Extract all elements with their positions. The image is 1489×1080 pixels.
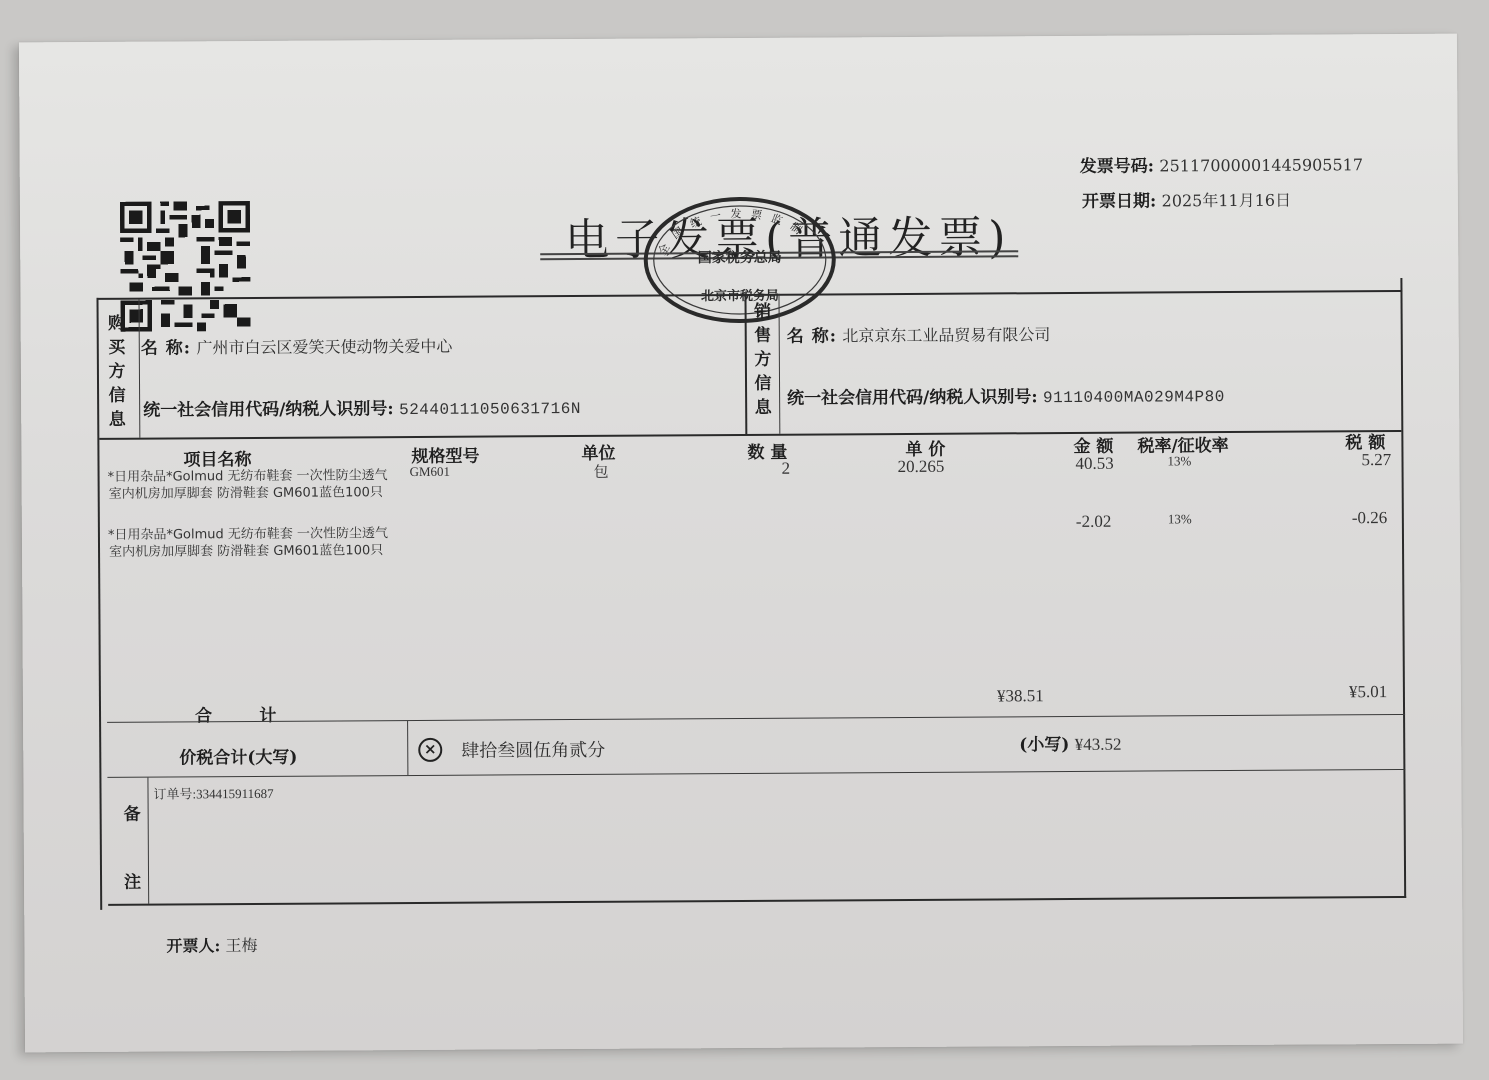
remarks-top-divider: [107, 769, 1405, 778]
item-qty: 2: [781, 459, 790, 479]
item-name-line2: 室内机房加厚脚套 防滑鞋套 GM601蓝色100只: [109, 539, 383, 560]
stamp-line1: 国家税务总局: [698, 249, 782, 267]
grand-total-lowercase: ¥43.52: [1075, 735, 1122, 754]
buyer-tax-id: 52440111050631716N: [399, 400, 581, 419]
item-tax: 5.27: [1361, 450, 1391, 470]
item-rate: 13%: [1168, 511, 1192, 527]
item-unit: 包: [593, 461, 608, 482]
item-spec: GM601: [410, 464, 451, 480]
total-amount: ¥38.51: [997, 686, 1044, 706]
buyer-section-label: 购 买 方 信 息: [107, 312, 128, 432]
grand-total-divider: [407, 721, 408, 775]
buyer-id-row: 统一社会信用代码/纳税人识别号: 52440111050631716N: [143, 393, 581, 421]
seller-tax-id: 91110400MA029M4P80: [1043, 388, 1225, 407]
buyer-name-label: 名 称:: [141, 338, 191, 358]
table-row: *日用杂品*Golmud 无纺布鞋套 一次性防尘透气 室内机房加厚脚套 防滑鞋套…: [19, 34, 1457, 43]
invoice-date-label: 开票日期:: [1082, 191, 1156, 211]
grand-total-uppercase: 肆拾叁圆伍角贰分: [461, 736, 605, 763]
grand-total-lowercase-row: (小写) ¥43.52: [1019, 730, 1121, 756]
table-left-border: [96, 298, 102, 910]
buyer-id-label: 统一社会信用代码/纳税人识别号:: [143, 399, 394, 421]
remarks-text: 订单号:334415911687: [153, 783, 273, 803]
circled-x-icon: ×: [418, 738, 442, 762]
tax-bureau-stamp-icon: 全国统一发票监制 国家税务总局 北京市税务局: [642, 195, 838, 324]
lowercase-label: (小写): [1019, 735, 1069, 755]
table-row: *日用杂品*Golmud 无纺布鞋套 一次性防尘透气 室内机房加厚脚套 防滑鞋套…: [19, 34, 1457, 43]
seller-name-label: 名 称:: [787, 326, 837, 346]
seller-name: 北京京东工业品贸易有限公司: [842, 325, 1050, 345]
invoice-date-row: 开票日期: 2025年11月16日: [1082, 186, 1291, 212]
item-name-line2: 室内机房加厚脚套 防滑鞋套 GM601蓝色100只: [109, 481, 383, 502]
invoice-number: 25117000001445905517: [1159, 155, 1363, 175]
buyer-name-row: 名 称: 广州市白云区爱笑天使动物关爱中心: [141, 332, 453, 359]
invoice-number-label: 发票号码:: [1080, 156, 1154, 176]
seller-section-label: 销 售 方 信 息: [753, 300, 774, 420]
item-amount: 40.53: [1075, 454, 1113, 474]
item-rate: 13%: [1167, 453, 1191, 469]
item-price: 20.265: [897, 457, 944, 477]
issuer-name: 王梅: [225, 936, 257, 955]
item-tax: -0.26: [1352, 508, 1388, 528]
invoice-date: 2025年11月16日: [1162, 191, 1292, 211]
remarks-label-divider: [147, 778, 149, 904]
remarks-label-top: 备: [124, 800, 141, 825]
table-right-border: [1400, 278, 1406, 898]
total-tax: ¥5.01: [1349, 682, 1387, 702]
invoice-paper: 电子发票(普通发票) 全国统一发票监制 国家税务总局 北京市税务局 发票号码: …: [19, 34, 1463, 1053]
buyer-name: 广州市白云区爱笑天使动物关爱中心: [196, 337, 452, 358]
remarks-label-bottom: 注: [124, 868, 141, 893]
seller-name-row: 名 称: 北京京东工业品贸易有限公司: [787, 320, 1051, 347]
seller-id-label: 统一社会信用代码/纳税人识别号:: [787, 387, 1038, 409]
issuer-row: 开票人: 王梅: [166, 933, 257, 957]
table-bottom-border: [108, 896, 1406, 906]
invoice-number-row: 发票号码: 25117000001445905517: [1080, 150, 1363, 177]
item-amount: -2.02: [1076, 512, 1112, 532]
seller-id-row: 统一社会信用代码/纳税人识别号: 91110400MA029M4P80: [787, 381, 1225, 409]
issuer-label: 开票人:: [166, 936, 220, 955]
total-row-divider: [107, 714, 1405, 723]
total-label: 合 计: [195, 701, 277, 726]
grand-total-label: 价税合计(大写): [179, 743, 297, 769]
